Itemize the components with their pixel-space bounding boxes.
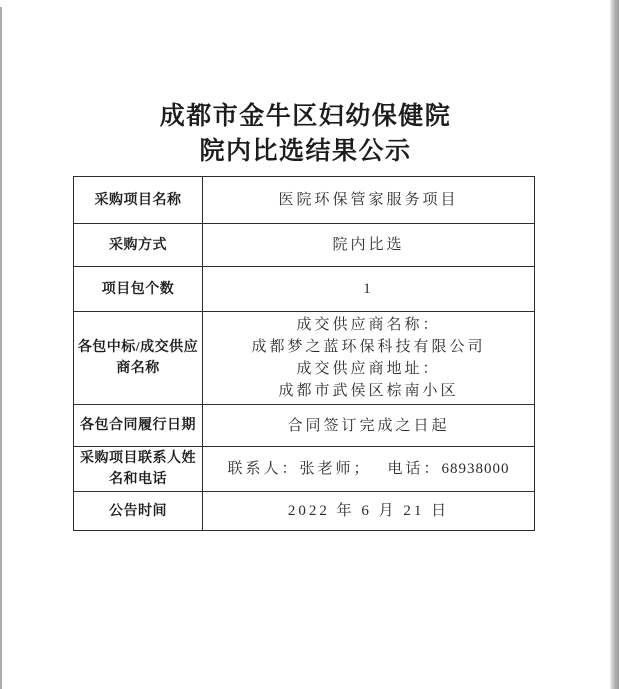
table-row-contact: 采购项目联系人姓 名和电话 联系人：张老师；电话：68938000 bbox=[74, 447, 535, 492]
table-row-announcement-date: 公告时间 2022 年 6 月 21 日 bbox=[74, 492, 535, 531]
document-viewer: 成都市金牛区妇幼保健院 院内比选结果公示 采购项目名称 医院环保管家服务项目 采… bbox=[0, 0, 619, 689]
row-label-supplier-info: 各包中标/成交供应 商名称 bbox=[74, 312, 203, 405]
document-page: 成都市金牛区妇幼保健院 院内比选结果公示 采购项目名称 医院环保管家服务项目 采… bbox=[0, 0, 611, 689]
result-table: 采购项目名称 医院环保管家服务项目 采购方式 院内比选 项目包个数 1 各包中标… bbox=[73, 176, 535, 531]
row-label-announcement-date: 公告时间 bbox=[74, 492, 203, 531]
document-title: 成都市金牛区妇幼保健院 院内比选结果公示 bbox=[0, 99, 611, 169]
document-title-line2: 院内比选结果公示 bbox=[0, 134, 611, 169]
table-row-project-name: 采购项目名称 医院环保管家服务项目 bbox=[74, 177, 535, 224]
contact-phone-number: 68938000 bbox=[442, 461, 510, 477]
row-label-contact: 采购项目联系人姓 名和电话 bbox=[74, 447, 203, 492]
contact-person: 联系人：张老师； bbox=[227, 461, 371, 477]
table-row-procurement-method: 采购方式 院内比选 bbox=[74, 224, 535, 267]
table-row-package-count: 项目包个数 1 bbox=[74, 267, 535, 312]
contact-phone-label: 电话： bbox=[388, 461, 442, 477]
row-label-contract-date: 各包合同履行日期 bbox=[74, 405, 203, 447]
row-label-procurement-method: 采购方式 bbox=[74, 224, 203, 267]
row-value-contact: 联系人：张老师；电话：68938000 bbox=[203, 447, 535, 492]
document-title-line1: 成都市金牛区妇幼保健院 bbox=[0, 99, 611, 134]
page-left-edge bbox=[0, 7, 2, 689]
row-value-package-count: 1 bbox=[203, 267, 535, 312]
row-value-project-name: 医院环保管家服务项目 bbox=[203, 177, 535, 224]
row-value-announcement-date: 2022 年 6 月 21 日 bbox=[203, 492, 535, 531]
row-value-procurement-method: 院内比选 bbox=[203, 224, 535, 267]
table-row-contract-date: 各包合同履行日期 合同签订完成之日起 bbox=[74, 405, 535, 447]
row-label-project-name: 采购项目名称 bbox=[74, 177, 203, 224]
row-label-package-count: 项目包个数 bbox=[74, 267, 203, 312]
row-value-supplier-info: 成交供应商名称： 成都梦之蓝环保科技有限公司 成交供应商地址： 成都市武侯区棕南… bbox=[203, 312, 535, 405]
table-row-supplier-info: 各包中标/成交供应 商名称 成交供应商名称： 成都梦之蓝环保科技有限公司 成交供… bbox=[74, 312, 535, 405]
row-value-contract-date: 合同签订完成之日起 bbox=[203, 405, 535, 447]
scrollbar[interactable] bbox=[610, 0, 619, 689]
